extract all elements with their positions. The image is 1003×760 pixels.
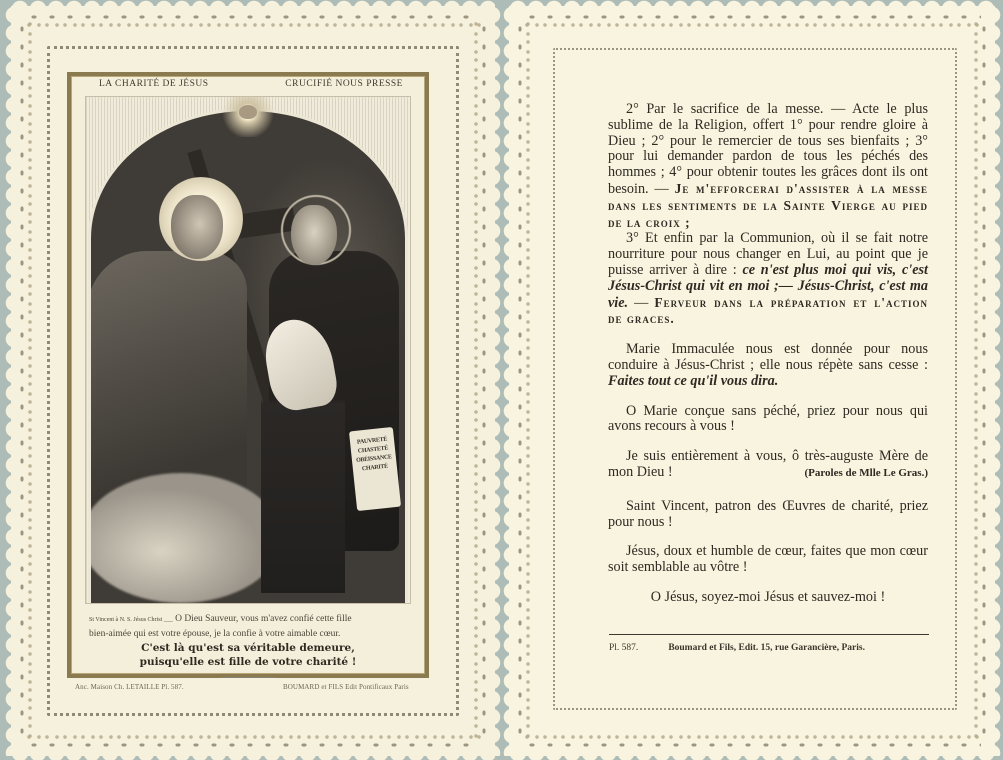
paragraph-communion: 3° Et enfin par la Communion, où il se f… bbox=[608, 231, 928, 328]
sacred-heart-icon bbox=[239, 105, 257, 119]
caption-line-2: bien-aimée qui est votre épouse, je la c… bbox=[85, 627, 411, 641]
holy-card-back: 2° Par le sacrifice de la messe. — Acte … bbox=[509, 6, 995, 756]
saint-vincent-head bbox=[291, 205, 337, 265]
lace-perforation-right bbox=[969, 20, 991, 742]
arched-scene: PAUVRETÉ CHASTETÉ OBÉISSANCE CHARITÉ bbox=[91, 111, 405, 603]
paragraph-o-marie: O Marie conçue sans péché, priez pour no… bbox=[608, 404, 928, 436]
lace-scallop-right bbox=[492, 6, 502, 756]
attribution: (Paroles de Mlle Le Gras.) bbox=[786, 466, 928, 482]
publisher: Boumard et Fils, Edit. 15, rue Garancièr… bbox=[668, 643, 865, 653]
lace-scallop-left bbox=[4, 6, 14, 756]
lace-perforation-bottom bbox=[25, 730, 481, 752]
engraving-header: LA CHARITÉ DE JÉSUS CRUCIFIÉ NOUS PRESSE bbox=[71, 79, 425, 95]
plate-number: Pl. 587. bbox=[609, 643, 638, 653]
jesus-head bbox=[171, 195, 223, 259]
engraving-frame: LA CHARITÉ DE JÉSUS CRUCIFIÉ NOUS PRESSE… bbox=[67, 72, 429, 678]
footer-rule bbox=[609, 634, 929, 635]
prayer-text: 2° Par le sacrifice de la messe. — Acte … bbox=[608, 102, 928, 606]
speaker-reference: St Vincent à N. S. Jésus Christ ___ bbox=[89, 617, 173, 623]
lace-scallop-top bbox=[11, 0, 495, 9]
header-left-text: LA CHARITÉ DE JÉSUS bbox=[99, 79, 209, 95]
paragraph-o-jesus: O Jésus, soyez-moi Jésus et sauvez-moi ! bbox=[608, 590, 928, 606]
imprint-right: BOUMARD et FILS Edit Pontificaux Paris bbox=[283, 683, 409, 691]
paragraph-jesus-doux: Jésus, doux et humble de cœur, faites qu… bbox=[608, 544, 928, 576]
paragraph-messe: 2° Par le sacrifice de la messe. — Acte … bbox=[608, 102, 928, 231]
lace-scallop-bottom bbox=[509, 753, 995, 760]
cloud bbox=[91, 473, 281, 603]
vows-scroll: PAUVRETÉ CHASTETÉ OBÉISSANCE CHARITÉ bbox=[349, 427, 401, 511]
lace-scallop-top bbox=[509, 0, 995, 9]
paragraph-je-suis: Je suis entièrement à vous, ô très-augus… bbox=[608, 449, 928, 481]
caption-line-1: O Dieu Sauveur, vous m'avez confié cette… bbox=[175, 614, 352, 624]
lace-perforation-top bbox=[523, 10, 981, 32]
caption-rule bbox=[221, 677, 275, 678]
lace-scallop-bottom bbox=[11, 753, 495, 760]
header-right-text: CRUCIFIÉ NOUS PRESSE bbox=[285, 79, 403, 95]
caption-bold-2: puisqu'elle est fille de votre charité ! bbox=[85, 655, 411, 669]
caption-bold-1: C'est là qu'est sa véritable demeure, bbox=[85, 641, 411, 655]
footer: Pl. 587. Boumard et Fils, Edit. 15, rue … bbox=[609, 643, 929, 653]
imprint-left: Anc. Maison Ch. LETAILLE Pl. 587. bbox=[75, 683, 184, 691]
holy-card-front: LA CHARITÉ DE JÉSUS CRUCIFIÉ NOUS PRESSE… bbox=[11, 6, 495, 756]
lace-perforation-right bbox=[469, 20, 491, 742]
lace-perforation-top bbox=[25, 10, 481, 32]
lace-perforation-left bbox=[513, 20, 535, 742]
engraving-image: PAUVRETÉ CHASTETÉ OBÉISSANCE CHARITÉ bbox=[85, 96, 411, 604]
paragraph-saint-vincent: Saint Vincent, patron des Œuvres de char… bbox=[608, 499, 928, 531]
lace-perforation-bottom bbox=[523, 730, 981, 752]
lace-scallop-left bbox=[502, 6, 512, 756]
lace-perforation-left bbox=[15, 20, 37, 742]
engraving-caption: St Vincent à N. S. Jésus Christ ___ O Di… bbox=[85, 612, 411, 678]
lace-scallop-right bbox=[992, 6, 1002, 756]
paragraph-marie: Marie Immaculée nous est donnée pour nou… bbox=[608, 342, 928, 389]
